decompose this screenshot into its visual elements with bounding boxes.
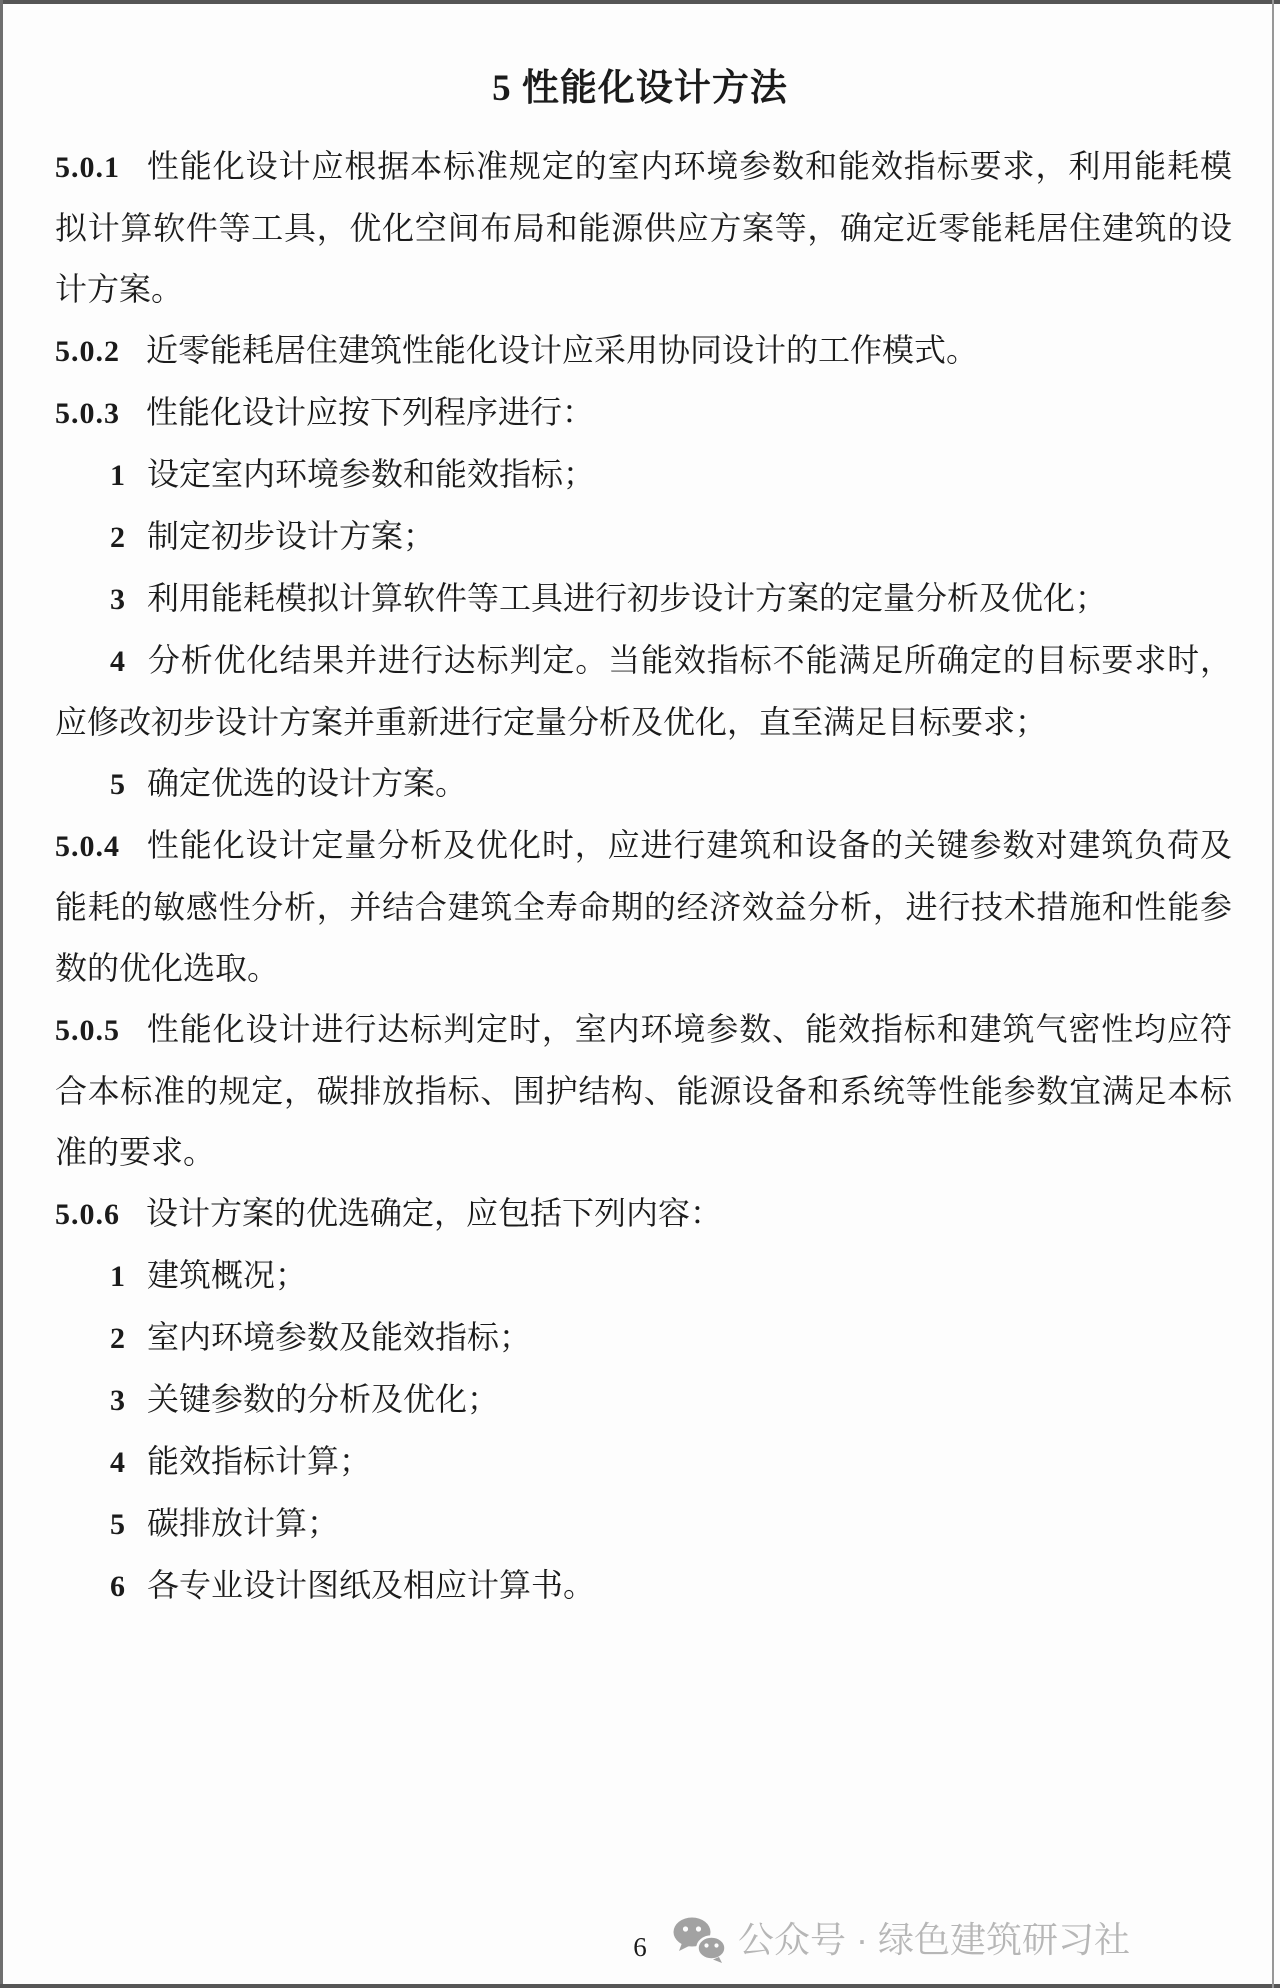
clause-5.0.3-item-2: 2制定初步设计方案； (55, 506, 1232, 568)
clause-5.0.6-item-5: 5碳排放计算； (55, 1493, 1232, 1555)
clause-number: 5.0.5 (55, 1014, 120, 1047)
item-number: 3 (110, 1384, 125, 1417)
watermark: 公众号 · 绿色建筑研习社 (672, 1916, 1130, 1964)
clause-5.0.3-item-1: 1设定室内环境参数和能效指标； (55, 444, 1232, 506)
clause-5.0.5: 5.0.5性能化设计进行达标判定时，室内环境参数、能效指标和建筑气密性均应符合本… (55, 999, 1232, 1183)
clause-5.0.6-item-2: 2室内环境参数及能效指标； (55, 1307, 1232, 1369)
clause-5.0.3-item-3: 3利用能耗模拟计算软件等工具进行初步设计方案的定量分析及优化； (55, 568, 1232, 630)
clauses: 5.0.1性能化设计应根据本标准规定的室内环境参数和能效指标要求，利用能耗模拟计… (55, 136, 1232, 1617)
watermark-text: 公众号 · 绿色建筑研习社 (738, 1917, 1130, 1963)
item-number: 3 (110, 583, 125, 616)
item-number: 4 (110, 1446, 125, 1479)
clause-number: 5.0.2 (55, 335, 120, 368)
item-number: 1 (110, 1260, 125, 1293)
clause-number: 5.0.6 (55, 1198, 120, 1231)
item-number: 1 (110, 459, 125, 492)
clause-5.0.2: 5.0.2近零能耗居住建筑性能化设计应采用协同设计的工作模式。 (55, 320, 1232, 382)
clause-5.0.3-item-5: 5确定优选的设计方案。 (55, 753, 1232, 815)
wechat-chat-bubbles-icon (672, 1916, 728, 1964)
clause-5.0.6: 5.0.6设计方案的优选确定，应包括下列内容： (55, 1183, 1232, 1245)
item-number: 2 (110, 1322, 125, 1355)
clause-number: 5.0.1 (55, 151, 120, 184)
item-number: 2 (110, 521, 125, 554)
clause-number: 5.0.3 (55, 397, 120, 430)
scan-edge-bottom (0, 1984, 1280, 1988)
section-title: 5 性能化设计方法 (0, 25, 1280, 111)
item-number: 5 (110, 1508, 125, 1541)
clause-5.0.6-item-3: 3关键参数的分析及优化； (55, 1369, 1232, 1431)
scan-edge-top (0, 0, 1280, 4)
clause-5.0.4: 5.0.4性能化设计定量分析及优化时，应进行建筑和设备的关键参数对建筑负荷及能耗… (55, 815, 1232, 999)
scan-edge-right (1272, 0, 1274, 1988)
clause-5.0.3: 5.0.3性能化设计应按下列程序进行： (55, 382, 1232, 444)
clause-number: 5.0.4 (55, 830, 120, 863)
item-number: 6 (110, 1570, 125, 1603)
item-number: 5 (110, 768, 125, 801)
clause-5.0.6-item-6: 6各专业设计图纸及相应计算书。 (55, 1555, 1232, 1617)
document-page: 5 性能化设计方法 5.0.1性能化设计应根据本标准规定的室内环境参数和能效指标… (0, 0, 1280, 1988)
scan-edge-left (0, 0, 3, 1988)
item-number: 4 (110, 645, 125, 678)
clause-5.0.6-item-4: 4能效指标计算； (55, 1431, 1232, 1493)
clause-5.0.3-item-4: 4分析优化结果并进行达标判定。当能效指标不能满足所确定的目标要求时，应修改初步设… (55, 630, 1232, 753)
clause-5.0.6-item-1: 1建筑概况； (55, 1245, 1232, 1307)
clause-5.0.1: 5.0.1性能化设计应根据本标准规定的室内环境参数和能效指标要求，利用能耗模拟计… (55, 136, 1232, 320)
